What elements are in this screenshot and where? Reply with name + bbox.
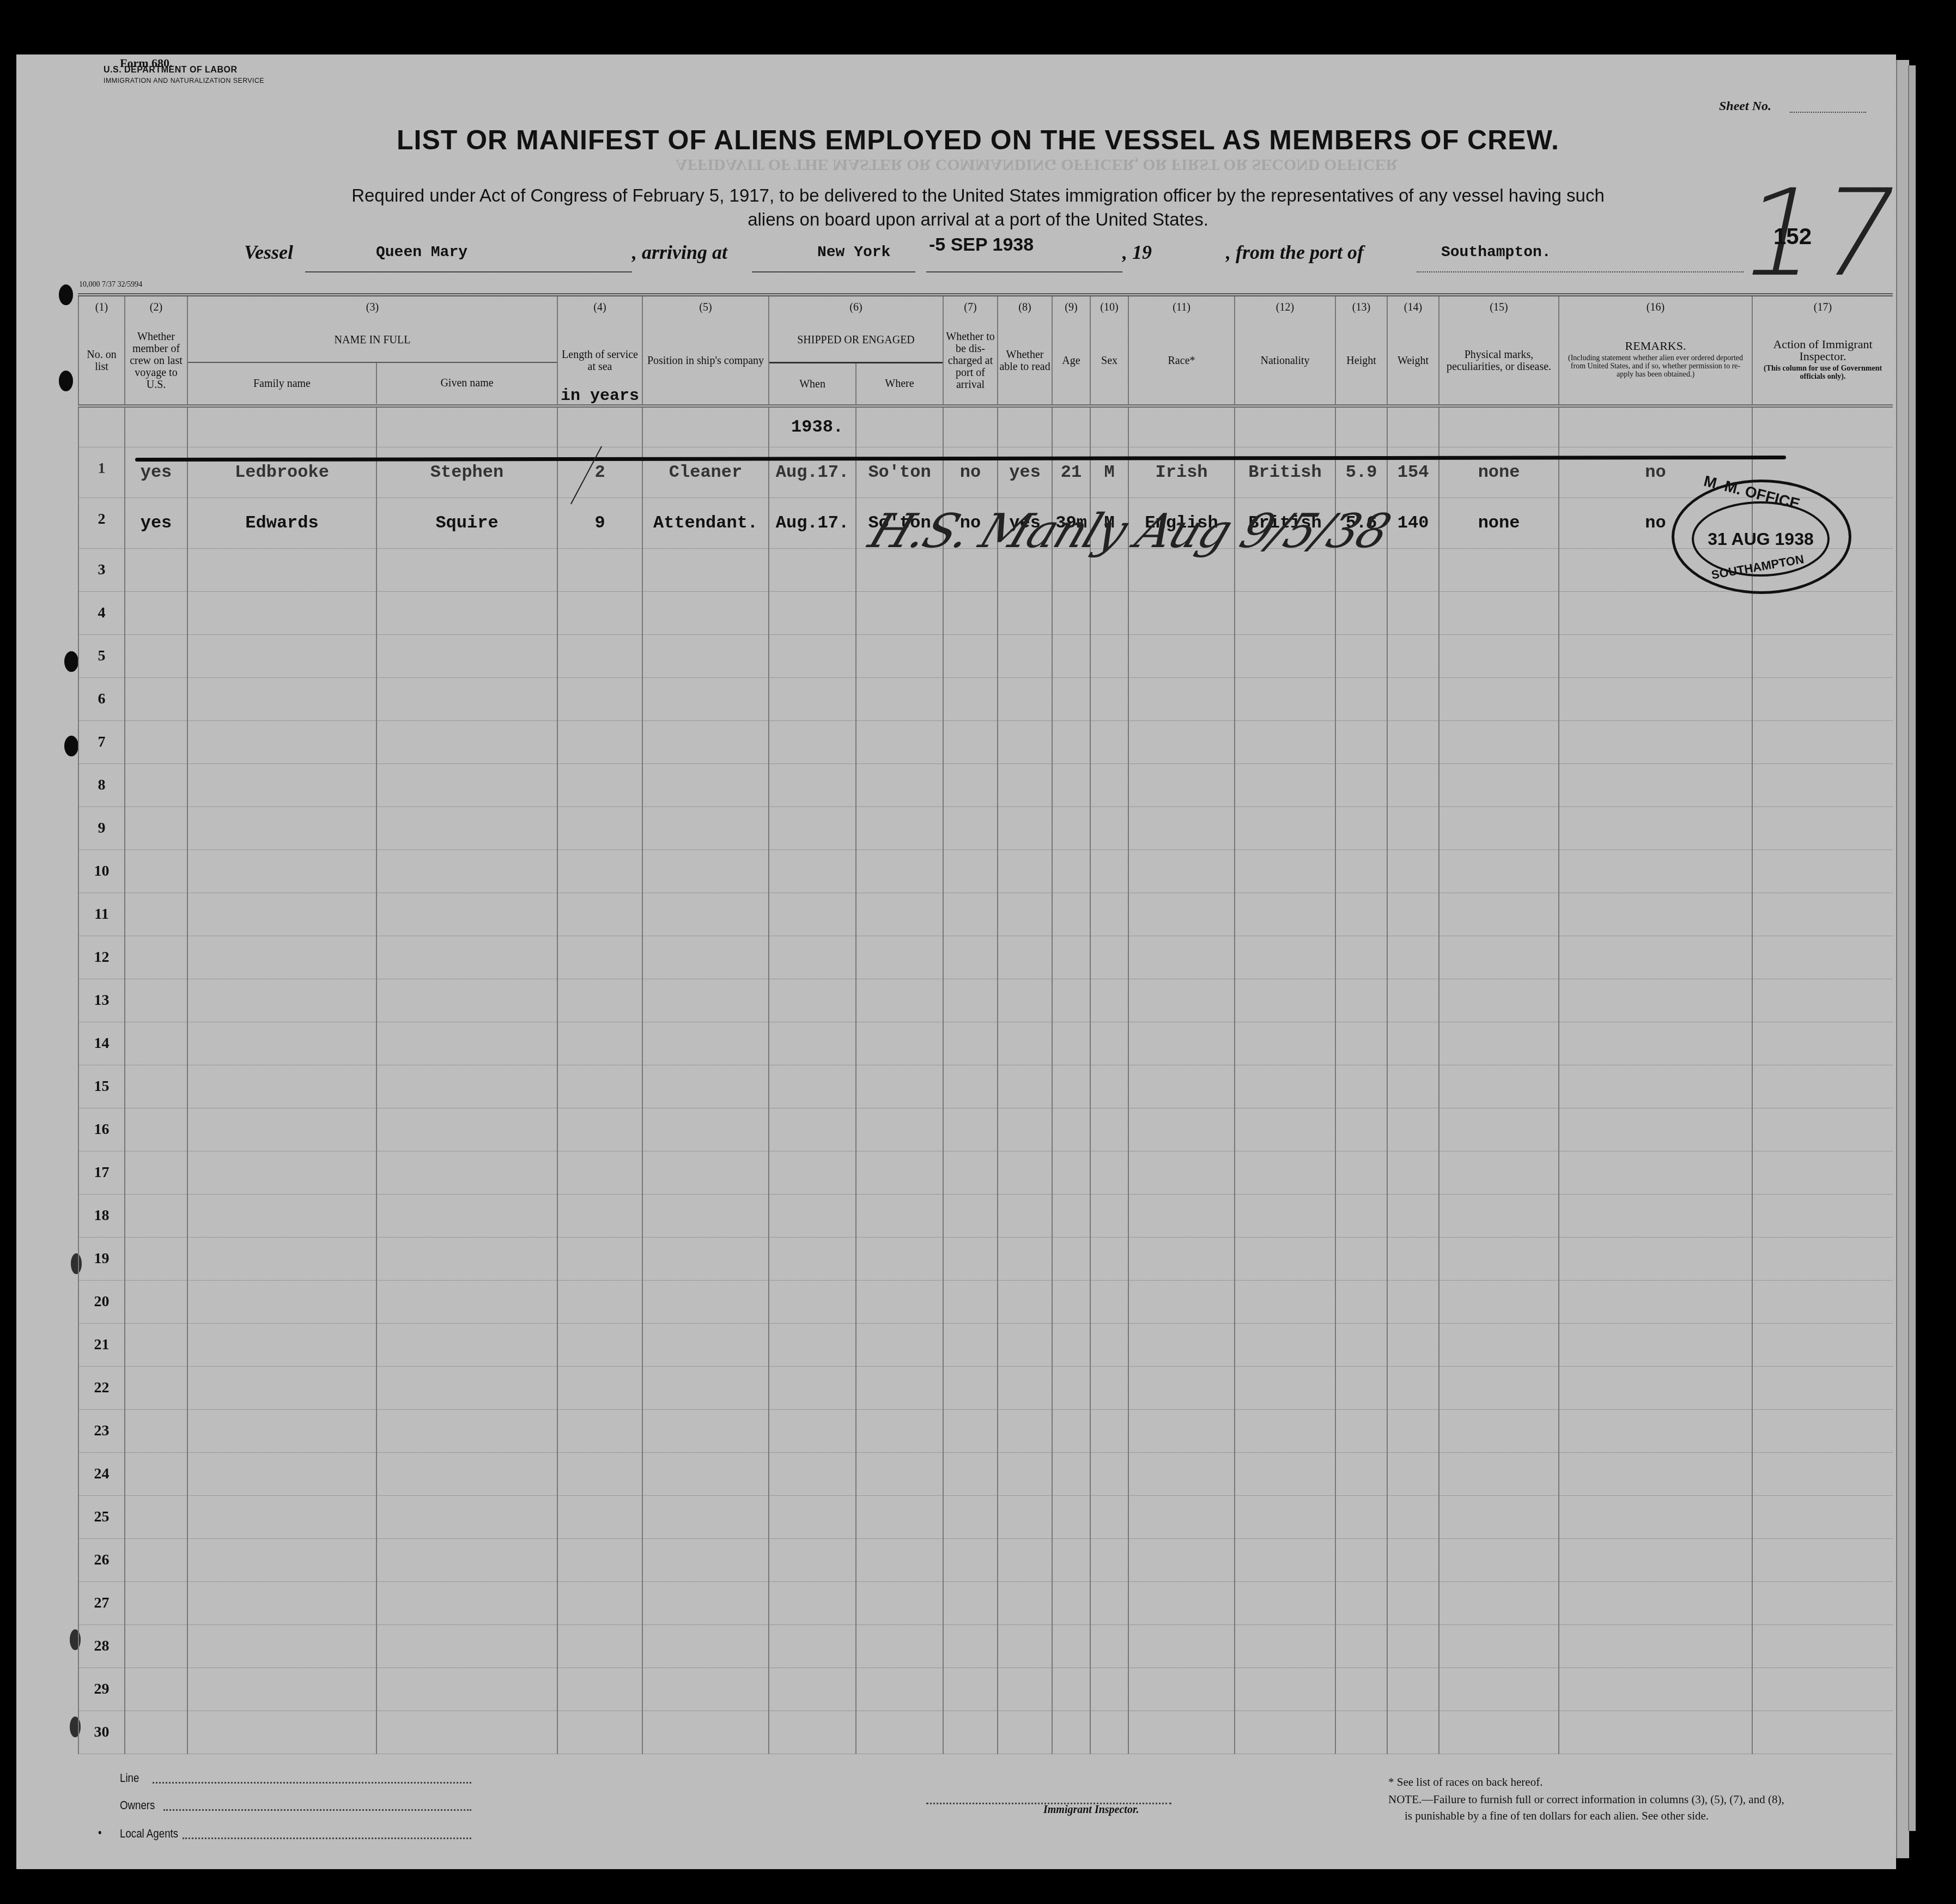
read-cell[interactable] [998, 721, 1052, 764]
where-cell[interactable] [856, 592, 943, 635]
read-cell[interactable] [998, 1367, 1052, 1410]
weight-cell[interactable] [1387, 1453, 1439, 1496]
age-cell[interactable] [1052, 1625, 1090, 1668]
race-cell[interactable] [1128, 1625, 1235, 1668]
race-cell[interactable] [1128, 1022, 1235, 1065]
race-cell[interactable] [1128, 1367, 1235, 1410]
sex-cell[interactable] [1090, 893, 1128, 936]
family-name-cell[interactable] [187, 1668, 376, 1711]
remarks-cell[interactable] [1559, 1668, 1752, 1711]
given-name-cell[interactable] [376, 1625, 557, 1668]
position-cell[interactable] [642, 1065, 769, 1108]
sex-cell[interactable] [1090, 1281, 1128, 1324]
remarks-cell[interactable] [1559, 1496, 1752, 1539]
marks-cell[interactable] [1439, 764, 1559, 807]
age-cell[interactable] [1052, 936, 1090, 979]
action-cell[interactable] [1752, 936, 1893, 979]
given-name-cell[interactable] [376, 678, 557, 721]
discharged-cell[interactable] [943, 850, 998, 893]
service-cell[interactable] [557, 1324, 642, 1367]
last-voyage-cell[interactable] [125, 893, 187, 936]
read-cell[interactable] [998, 635, 1052, 678]
nationality-cell[interactable] [1235, 1324, 1335, 1367]
where-cell[interactable] [856, 1022, 943, 1065]
remarks-cell[interactable] [1559, 893, 1752, 936]
service-cell[interactable] [557, 1367, 642, 1410]
weight-cell[interactable] [1387, 1668, 1439, 1711]
nationality-cell[interactable] [1235, 1668, 1335, 1711]
family-name-cell[interactable] [187, 678, 376, 721]
age-cell[interactable] [1052, 1668, 1090, 1711]
remarks-cell[interactable] [1559, 678, 1752, 721]
position-cell[interactable] [642, 1410, 769, 1453]
when-cell[interactable] [769, 979, 856, 1022]
given-name-cell[interactable] [376, 1668, 557, 1711]
last-voyage-cell[interactable] [125, 721, 187, 764]
discharged-cell[interactable] [943, 1668, 998, 1711]
marks-cell[interactable] [1439, 850, 1559, 893]
discharged-cell[interactable] [943, 1108, 998, 1151]
when-cell[interactable] [769, 1065, 856, 1108]
race-cell[interactable] [1128, 764, 1235, 807]
weight-cell[interactable] [1387, 1238, 1439, 1281]
where-cell[interactable] [856, 1711, 943, 1754]
service-cell[interactable] [557, 764, 642, 807]
family-name-cell[interactable] [187, 1625, 376, 1668]
age-cell[interactable] [1052, 1410, 1090, 1453]
read-cell[interactable] [998, 764, 1052, 807]
last-voyage-cell[interactable] [125, 1194, 187, 1238]
position-cell[interactable] [642, 1367, 769, 1410]
family-name-cell[interactable] [187, 1065, 376, 1108]
remarks-cell[interactable] [1559, 1108, 1752, 1151]
race-cell[interactable] [1128, 1065, 1235, 1108]
last-voyage-cell[interactable] [125, 1625, 187, 1668]
nationality-cell[interactable] [1235, 1108, 1335, 1151]
position-cell[interactable] [642, 1108, 769, 1151]
action-cell[interactable] [1752, 1108, 1893, 1151]
read-cell[interactable] [998, 1108, 1052, 1151]
height-cell[interactable] [1335, 893, 1387, 936]
sex-cell[interactable] [1090, 850, 1128, 893]
weight-cell[interactable] [1387, 1324, 1439, 1367]
age-cell[interactable] [1052, 721, 1090, 764]
action-cell[interactable] [1752, 1711, 1893, 1754]
remarks-cell[interactable] [1559, 1151, 1752, 1194]
height-cell[interactable] [1335, 1022, 1387, 1065]
remarks-cell[interactable] [1559, 1625, 1752, 1668]
age-cell[interactable] [1052, 1582, 1090, 1625]
read-cell[interactable] [998, 678, 1052, 721]
service-cell[interactable] [557, 1625, 642, 1668]
nationality-cell[interactable] [1235, 1582, 1335, 1625]
remarks-cell[interactable] [1559, 850, 1752, 893]
where-cell[interactable] [856, 635, 943, 678]
remarks-cell[interactable] [1559, 1410, 1752, 1453]
service-cell[interactable]: 2 [557, 447, 642, 498]
family-name-cell[interactable] [187, 979, 376, 1022]
action-cell[interactable] [1752, 1453, 1893, 1496]
marks-cell[interactable] [1439, 1539, 1559, 1582]
when-cell[interactable] [769, 1711, 856, 1754]
service-cell[interactable] [557, 1496, 642, 1539]
family-name-cell[interactable] [187, 1281, 376, 1324]
family-name-cell[interactable] [187, 635, 376, 678]
position-cell[interactable] [642, 721, 769, 764]
age-cell[interactable] [1052, 1539, 1090, 1582]
marks-cell[interactable] [1439, 1496, 1559, 1539]
discharged-cell[interactable] [943, 1324, 998, 1367]
family-name-cell[interactable] [187, 850, 376, 893]
discharged-cell[interactable]: no [943, 447, 998, 498]
discharged-cell[interactable] [943, 979, 998, 1022]
race-cell[interactable] [1128, 1238, 1235, 1281]
when-cell[interactable] [769, 1668, 856, 1711]
read-cell[interactable] [998, 1539, 1052, 1582]
height-cell[interactable] [1335, 678, 1387, 721]
service-cell[interactable] [557, 678, 642, 721]
marks-cell[interactable] [1439, 1238, 1559, 1281]
marks-cell[interactable]: none [1439, 447, 1559, 498]
where-cell[interactable] [856, 1582, 943, 1625]
given-name-cell[interactable] [376, 1108, 557, 1151]
service-cell[interactable] [557, 1238, 642, 1281]
discharged-cell[interactable] [943, 893, 998, 936]
weight-cell[interactable] [1387, 1582, 1439, 1625]
when-cell[interactable] [769, 678, 856, 721]
height-cell[interactable] [1335, 936, 1387, 979]
read-cell[interactable] [998, 850, 1052, 893]
service-cell[interactable] [557, 807, 642, 850]
read-cell[interactable] [998, 592, 1052, 635]
position-cell[interactable]: Attendant. [642, 498, 769, 549]
family-name-cell[interactable] [187, 592, 376, 635]
when-cell[interactable] [769, 1194, 856, 1238]
position-cell[interactable]: Cleaner [642, 447, 769, 498]
last-voyage-cell[interactable] [125, 678, 187, 721]
where-cell[interactable] [856, 1065, 943, 1108]
action-cell[interactable] [1752, 1367, 1893, 1410]
remarks-cell[interactable] [1559, 721, 1752, 764]
position-cell[interactable] [642, 1281, 769, 1324]
weight-cell[interactable] [1387, 1711, 1439, 1754]
sex-cell[interactable] [1090, 1625, 1128, 1668]
when-cell[interactable] [769, 1367, 856, 1410]
age-cell[interactable] [1052, 1367, 1090, 1410]
service-cell[interactable] [557, 1410, 642, 1453]
position-cell[interactable] [642, 1496, 769, 1539]
race-cell[interactable] [1128, 1496, 1235, 1539]
race-cell[interactable] [1128, 678, 1235, 721]
read-cell[interactable] [998, 1410, 1052, 1453]
sex-cell[interactable] [1090, 1539, 1128, 1582]
last-voyage-cell[interactable] [125, 1711, 187, 1754]
marks-cell[interactable] [1439, 721, 1559, 764]
sex-cell[interactable] [1090, 1496, 1128, 1539]
family-name-cell[interactable] [187, 1238, 376, 1281]
nationality-cell[interactable] [1235, 721, 1335, 764]
race-cell[interactable] [1128, 1151, 1235, 1194]
action-cell[interactable] [1752, 1324, 1893, 1367]
discharged-cell[interactable] [943, 1281, 998, 1324]
where-cell[interactable] [856, 1625, 943, 1668]
family-name-cell[interactable] [187, 1367, 376, 1410]
last-voyage-cell[interactable] [125, 1324, 187, 1367]
nationality-cell[interactable] [1235, 1238, 1335, 1281]
where-cell[interactable] [856, 1108, 943, 1151]
family-name-cell[interactable] [187, 1539, 376, 1582]
position-cell[interactable] [642, 1668, 769, 1711]
marks-cell[interactable]: none [1439, 498, 1559, 549]
position-cell[interactable] [642, 1453, 769, 1496]
height-cell[interactable] [1335, 1625, 1387, 1668]
race-cell[interactable] [1128, 807, 1235, 850]
marks-cell[interactable] [1439, 893, 1559, 936]
race-cell[interactable]: Irish [1128, 447, 1235, 498]
given-name-cell[interactable] [376, 1582, 557, 1625]
given-name-cell[interactable] [376, 1711, 557, 1754]
nationality-cell[interactable] [1235, 979, 1335, 1022]
nationality-cell[interactable] [1235, 1194, 1335, 1238]
read-cell[interactable] [998, 1022, 1052, 1065]
weight-cell[interactable] [1387, 549, 1439, 592]
remarks-cell[interactable] [1559, 1367, 1752, 1410]
when-cell[interactable] [769, 549, 856, 592]
given-name-cell[interactable] [376, 893, 557, 936]
height-cell[interactable] [1335, 807, 1387, 850]
marks-cell[interactable] [1439, 592, 1559, 635]
service-cell[interactable] [557, 1281, 642, 1324]
given-name-cell[interactable] [376, 1151, 557, 1194]
when-cell[interactable] [769, 1496, 856, 1539]
remarks-cell[interactable] [1559, 1582, 1752, 1625]
when-cell[interactable] [769, 1151, 856, 1194]
sex-cell[interactable] [1090, 1065, 1128, 1108]
where-cell[interactable] [856, 1539, 943, 1582]
last-voyage-cell[interactable] [125, 1410, 187, 1453]
given-name-cell[interactable]: Stephen [376, 447, 557, 498]
action-cell[interactable] [1752, 764, 1893, 807]
race-cell[interactable] [1128, 1668, 1235, 1711]
height-cell[interactable] [1335, 979, 1387, 1022]
discharged-cell[interactable] [943, 1625, 998, 1668]
age-cell[interactable] [1052, 1453, 1090, 1496]
remarks-cell[interactable] [1559, 1238, 1752, 1281]
nationality-cell[interactable] [1235, 1625, 1335, 1668]
nationality-cell[interactable] [1235, 1711, 1335, 1754]
where-cell[interactable] [856, 1496, 943, 1539]
action-cell[interactable] [1752, 1582, 1893, 1625]
last-voyage-cell[interactable] [125, 1281, 187, 1324]
last-voyage-cell[interactable] [125, 1151, 187, 1194]
nationality-cell[interactable] [1235, 635, 1335, 678]
last-voyage-cell[interactable] [125, 979, 187, 1022]
service-cell[interactable] [557, 721, 642, 764]
position-cell[interactable] [642, 807, 769, 850]
service-cell[interactable] [557, 1108, 642, 1151]
action-cell[interactable] [1752, 678, 1893, 721]
when-cell[interactable] [769, 1281, 856, 1324]
age-cell[interactable] [1052, 807, 1090, 850]
nationality-cell[interactable] [1235, 936, 1335, 979]
marks-cell[interactable] [1439, 979, 1559, 1022]
nationality-cell[interactable] [1235, 850, 1335, 893]
nationality-cell[interactable] [1235, 1496, 1335, 1539]
race-cell[interactable] [1128, 1582, 1235, 1625]
family-name-cell[interactable]: Edwards [187, 498, 376, 549]
nationality-cell[interactable] [1235, 1022, 1335, 1065]
last-voyage-cell[interactable] [125, 850, 187, 893]
race-cell[interactable] [1128, 850, 1235, 893]
marks-cell[interactable] [1439, 936, 1559, 979]
marks-cell[interactable] [1439, 807, 1559, 850]
height-cell[interactable] [1335, 1367, 1387, 1410]
height-cell[interactable] [1335, 1539, 1387, 1582]
where-cell[interactable] [856, 764, 943, 807]
remarks-cell[interactable] [1559, 1539, 1752, 1582]
family-name-cell[interactable] [187, 1496, 376, 1539]
service-cell[interactable] [557, 893, 642, 936]
weight-cell[interactable] [1387, 1281, 1439, 1324]
read-cell[interactable] [998, 1281, 1052, 1324]
where-cell[interactable] [856, 979, 943, 1022]
last-voyage-cell[interactable]: yes [125, 498, 187, 549]
when-cell[interactable] [769, 1539, 856, 1582]
last-voyage-cell[interactable] [125, 1238, 187, 1281]
remarks-cell[interactable] [1559, 1065, 1752, 1108]
when-cell[interactable] [769, 1022, 856, 1065]
where-cell[interactable] [856, 1324, 943, 1367]
action-cell[interactable] [1752, 979, 1893, 1022]
remarks-cell[interactable] [1559, 635, 1752, 678]
sex-cell[interactable] [1090, 1367, 1128, 1410]
given-name-cell[interactable] [376, 1539, 557, 1582]
height-cell[interactable] [1335, 1151, 1387, 1194]
marks-cell[interactable] [1439, 1367, 1559, 1410]
weight-cell[interactable] [1387, 1065, 1439, 1108]
race-cell[interactable] [1128, 893, 1235, 936]
discharged-cell[interactable] [943, 1453, 998, 1496]
height-cell[interactable] [1335, 1496, 1387, 1539]
height-cell[interactable] [1335, 850, 1387, 893]
height-cell[interactable] [1335, 764, 1387, 807]
last-voyage-cell[interactable] [125, 549, 187, 592]
given-name-cell[interactable] [376, 1324, 557, 1367]
marks-cell[interactable] [1439, 1022, 1559, 1065]
last-voyage-cell[interactable] [125, 764, 187, 807]
race-cell[interactable] [1128, 1453, 1235, 1496]
last-voyage-cell[interactable] [125, 1668, 187, 1711]
where-cell[interactable] [856, 1238, 943, 1281]
position-cell[interactable] [642, 1711, 769, 1754]
given-name-cell[interactable] [376, 1410, 557, 1453]
where-cell[interactable] [856, 1367, 943, 1410]
age-cell[interactable] [1052, 1194, 1090, 1238]
action-cell[interactable] [1752, 1151, 1893, 1194]
discharged-cell[interactable] [943, 1151, 998, 1194]
last-voyage-cell[interactable] [125, 1539, 187, 1582]
race-cell[interactable] [1128, 721, 1235, 764]
weight-cell[interactable] [1387, 1367, 1439, 1410]
marks-cell[interactable] [1439, 1065, 1559, 1108]
nationality-cell[interactable] [1235, 1065, 1335, 1108]
position-cell[interactable] [642, 936, 769, 979]
action-cell[interactable] [1752, 1022, 1893, 1065]
service-cell[interactable] [557, 1194, 642, 1238]
height-cell[interactable] [1335, 1324, 1387, 1367]
where-cell[interactable] [856, 850, 943, 893]
position-cell[interactable] [642, 1238, 769, 1281]
service-cell[interactable] [557, 635, 642, 678]
height-cell[interactable] [1335, 1453, 1387, 1496]
age-cell[interactable] [1052, 592, 1090, 635]
discharged-cell[interactable] [943, 678, 998, 721]
given-name-cell[interactable] [376, 1238, 557, 1281]
age-cell[interactable] [1052, 1324, 1090, 1367]
sex-cell[interactable] [1090, 764, 1128, 807]
height-cell[interactable] [1335, 1194, 1387, 1238]
last-voyage-cell[interactable] [125, 1022, 187, 1065]
weight-cell[interactable] [1387, 1625, 1439, 1668]
last-voyage-cell[interactable] [125, 1496, 187, 1539]
discharged-cell[interactable] [943, 1582, 998, 1625]
nationality-cell[interactable] [1235, 592, 1335, 635]
weight-cell[interactable] [1387, 1108, 1439, 1151]
shipping-line-blank[interactable] [153, 1782, 471, 1784]
nationality-cell[interactable] [1235, 1539, 1335, 1582]
when-cell[interactable]: Aug.17. [769, 447, 856, 498]
read-cell[interactable] [998, 1582, 1052, 1625]
when-cell[interactable] [769, 936, 856, 979]
given-name-cell[interactable] [376, 1194, 557, 1238]
race-cell[interactable] [1128, 1539, 1235, 1582]
weight-cell[interactable] [1387, 807, 1439, 850]
discharged-cell[interactable] [943, 1194, 998, 1238]
last-voyage-cell[interactable]: yes [125, 447, 187, 498]
weight-cell[interactable] [1387, 936, 1439, 979]
when-cell[interactable] [769, 721, 856, 764]
family-name-cell[interactable] [187, 549, 376, 592]
given-name-cell[interactable] [376, 1496, 557, 1539]
family-name-cell[interactable] [187, 721, 376, 764]
discharged-cell[interactable] [943, 1410, 998, 1453]
age-cell[interactable] [1052, 764, 1090, 807]
nationality-cell[interactable] [1235, 678, 1335, 721]
family-name-cell[interactable] [187, 764, 376, 807]
race-cell[interactable] [1128, 1108, 1235, 1151]
race-cell[interactable] [1128, 592, 1235, 635]
given-name-cell[interactable] [376, 635, 557, 678]
discharged-cell[interactable] [943, 1496, 998, 1539]
last-voyage-cell[interactable] [125, 635, 187, 678]
height-cell[interactable] [1335, 1238, 1387, 1281]
last-voyage-cell[interactable] [125, 1582, 187, 1625]
age-cell[interactable] [1052, 678, 1090, 721]
marks-cell[interactable] [1439, 1625, 1559, 1668]
weight-cell[interactable] [1387, 678, 1439, 721]
marks-cell[interactable] [1439, 1668, 1559, 1711]
age-cell[interactable] [1052, 1711, 1090, 1754]
family-name-cell[interactable] [187, 1711, 376, 1754]
age-cell[interactable] [1052, 850, 1090, 893]
marks-cell[interactable] [1439, 1151, 1559, 1194]
remarks-cell[interactable] [1559, 979, 1752, 1022]
service-cell[interactable]: 9 [557, 498, 642, 549]
read-cell[interactable] [998, 1453, 1052, 1496]
position-cell[interactable] [642, 549, 769, 592]
read-cell[interactable] [998, 893, 1052, 936]
sex-cell[interactable] [1090, 1151, 1128, 1194]
